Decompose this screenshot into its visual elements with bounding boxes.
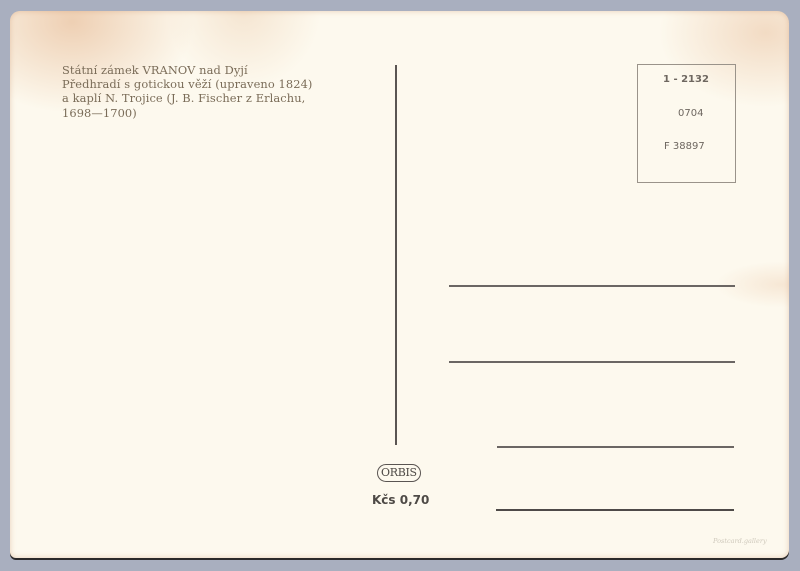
address-line-1 [449, 285, 735, 287]
address-line-4 [496, 509, 734, 511]
center-divider-line [395, 65, 397, 445]
caption-line: a kaplí N. Trojice (J. B. Fischer z Erla… [62, 91, 312, 105]
stamp-box: 1 - 2132 0704 F 38897 [637, 64, 736, 183]
caption-line: Předhradí s gotickou věží (upraveno 1824… [62, 77, 312, 91]
caption-text: Státní zámek VRANOV nad Dyjí Předhradí s… [62, 63, 312, 120]
watermark: Postcard.gallery [713, 537, 767, 545]
publisher-logo: ORBIS [377, 464, 421, 482]
address-line-3 [497, 446, 734, 448]
stamp-code-2: 0704 [678, 108, 703, 119]
caption-line: 1698—1700) [62, 106, 312, 120]
caption-line: Státní zámek VRANOV nad Dyjí [62, 63, 312, 77]
stamp-code-1: 1 - 2132 [663, 74, 709, 85]
postcard-back: Státní zámek VRANOV nad Dyjí Předhradí s… [10, 11, 789, 558]
price-label: Kčs 0,70 [372, 493, 429, 507]
address-line-2 [449, 361, 735, 363]
stamp-code-3: F 38897 [664, 141, 705, 152]
